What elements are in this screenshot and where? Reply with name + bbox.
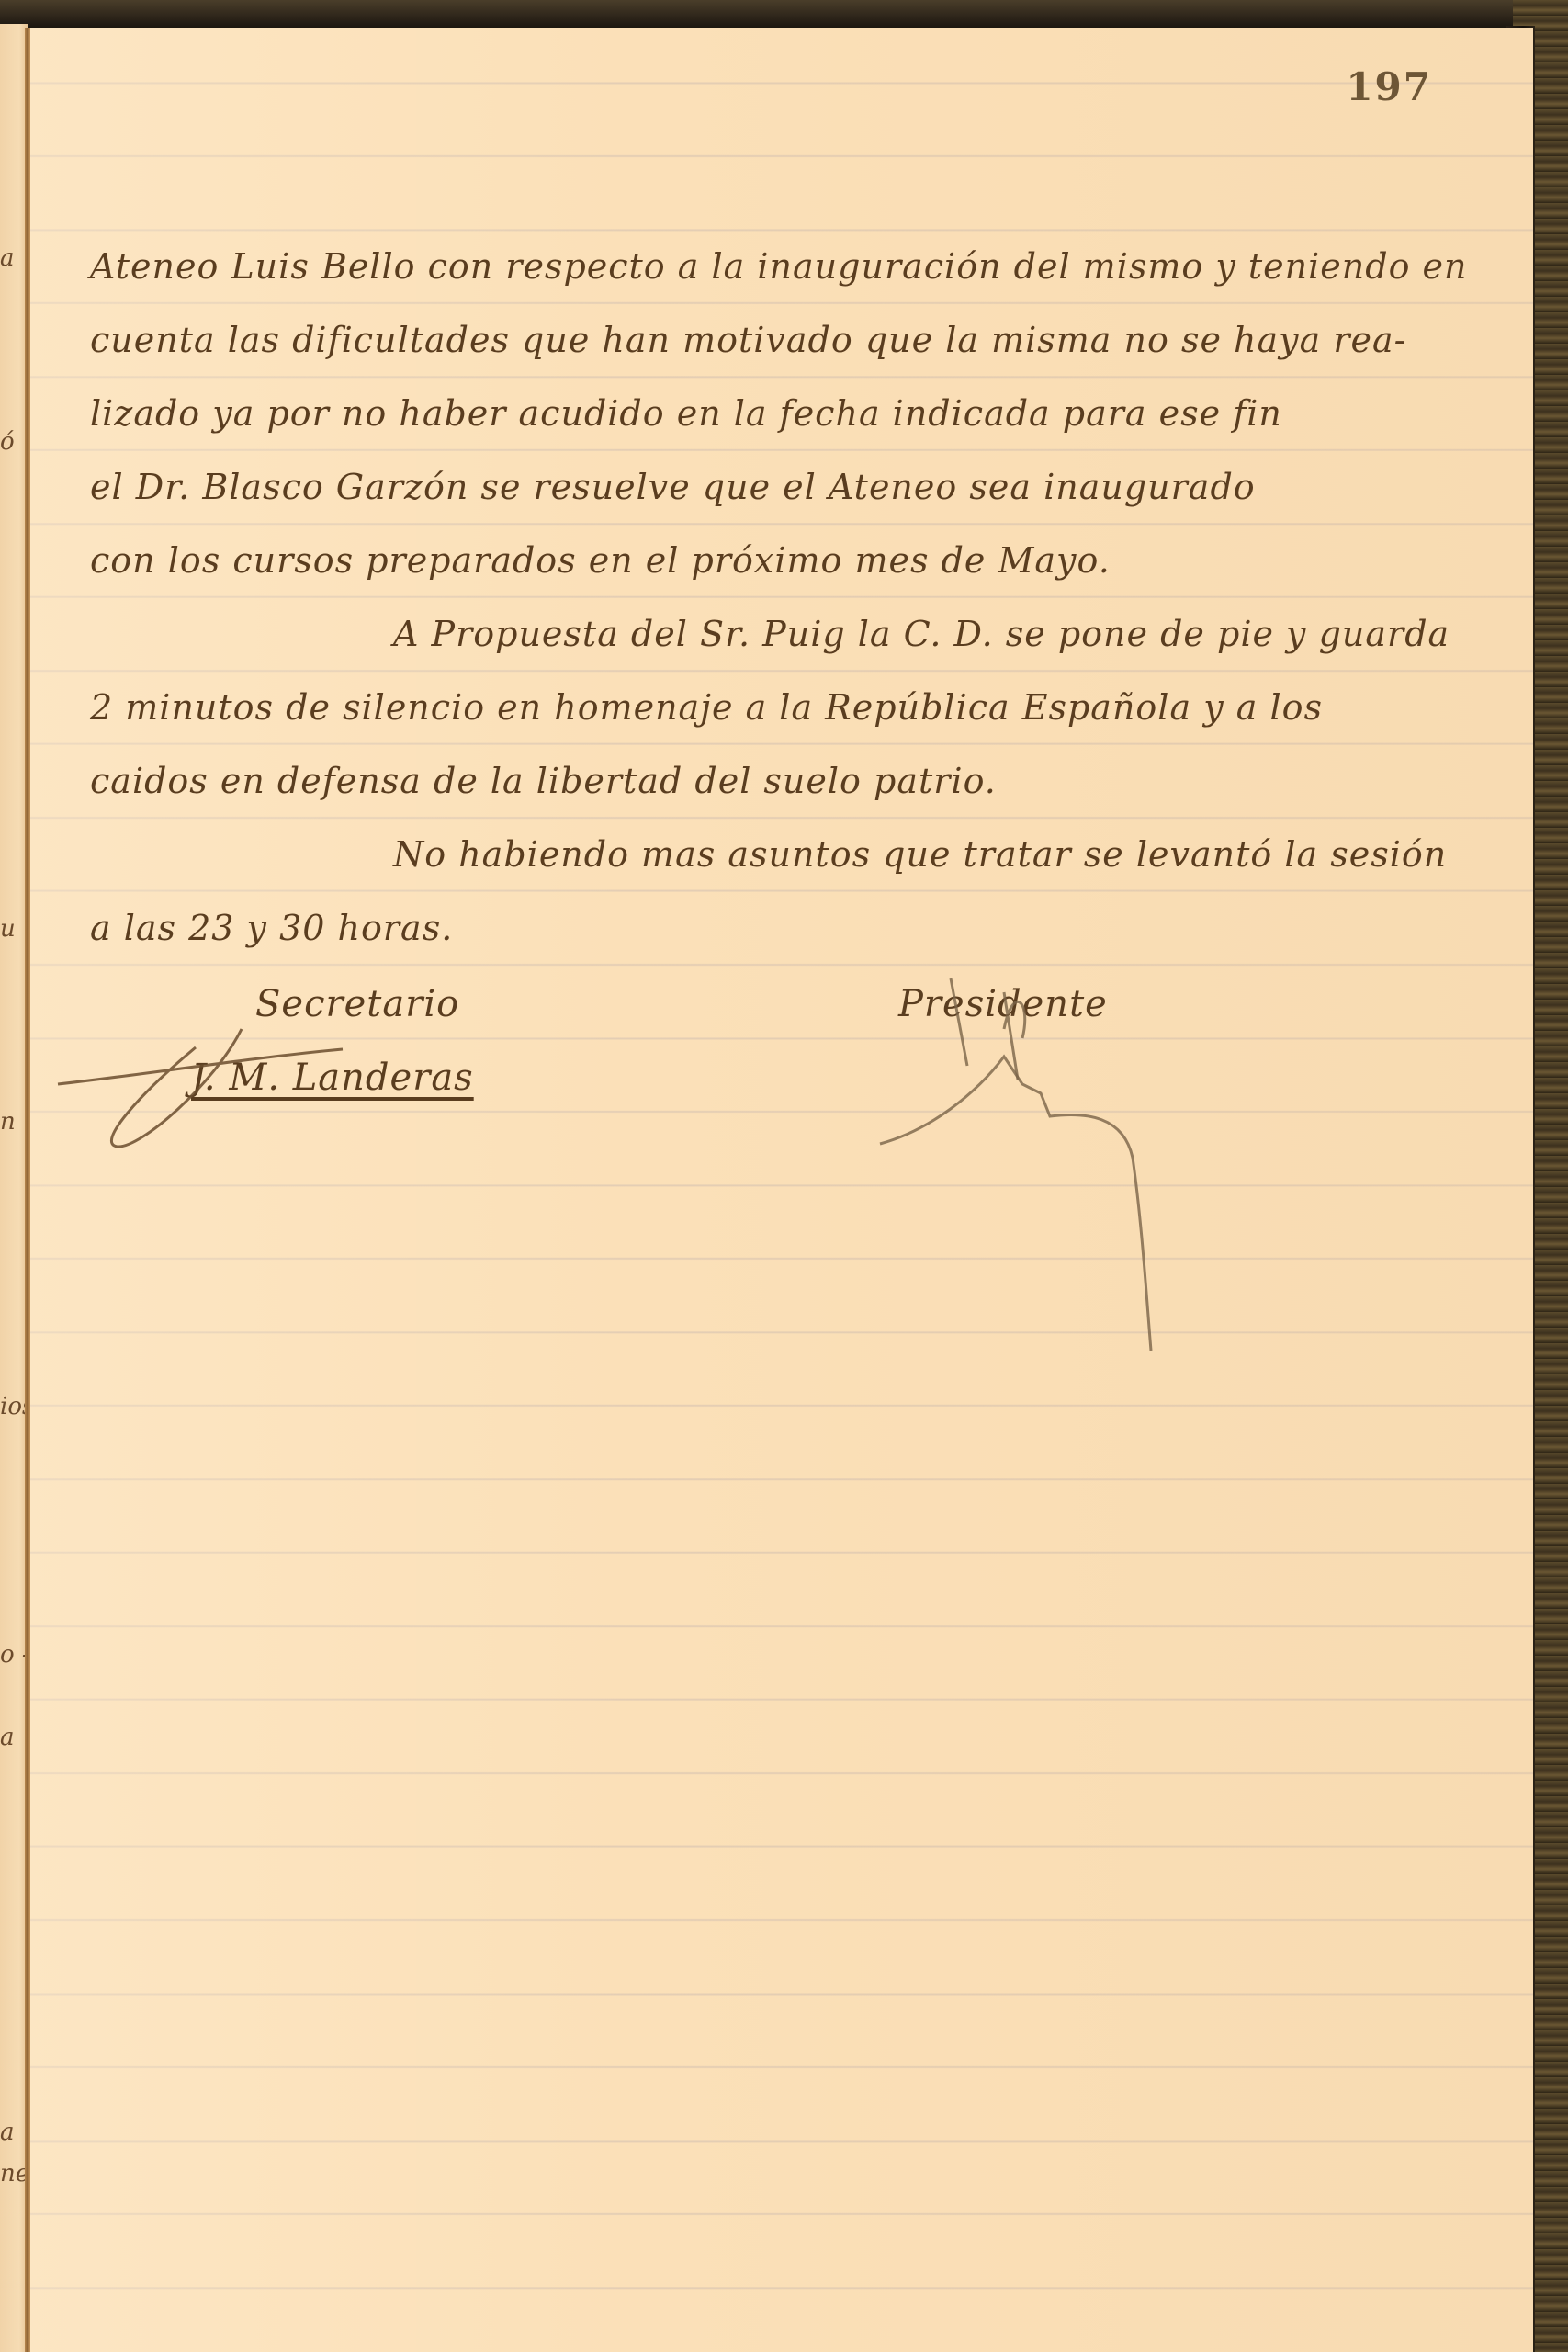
secretary-flourish bbox=[58, 1029, 343, 1147]
facing-page-fragment: u bbox=[0, 915, 16, 943]
facing-page-fragment: ó bbox=[0, 428, 15, 456]
facing-page-fragment: ios bbox=[0, 1393, 28, 1420]
book-cover-top bbox=[0, 0, 1568, 28]
facing-page-fragment: o - bbox=[0, 1641, 28, 1668]
president-flourish bbox=[880, 1057, 1151, 1351]
facing-page-fragment: n bbox=[0, 1108, 16, 1136]
manuscript-page: 197 Ateneo Luis Bello con respecto a la … bbox=[30, 28, 1533, 2352]
president-signature-stroke bbox=[951, 978, 1025, 1080]
signature-flourishes bbox=[30, 28, 1533, 2352]
facing-page-fragment: a bbox=[0, 1724, 15, 1751]
facing-page-fragment: a bbox=[0, 244, 15, 272]
facing-page-edge: a ó u n ios o - a a nes bbox=[0, 24, 28, 2352]
facing-page-fragment: nes bbox=[0, 2160, 28, 2188]
facing-page-fragment: a bbox=[0, 2119, 15, 2146]
